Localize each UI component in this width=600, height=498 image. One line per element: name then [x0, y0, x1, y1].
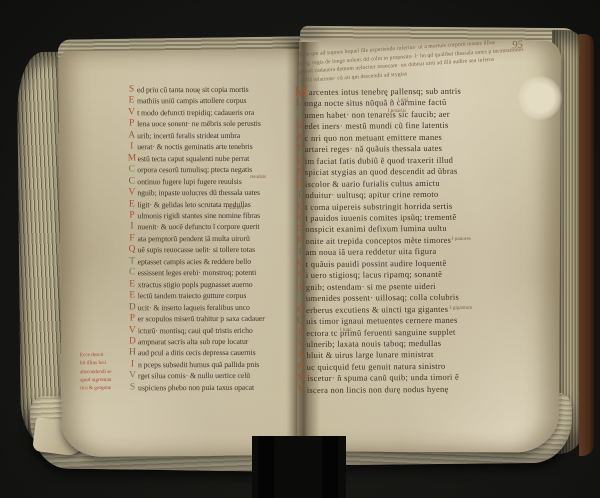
- verse-text: t modo defuncti trepidiq; cadaueris ora: [137, 107, 254, 119]
- versal-initial: F: [128, 233, 136, 244]
- verse-line: Iuerat· & noctis geminatis arte tenebris: [128, 141, 318, 153]
- interlinear-gloss: ł uulnere: [226, 205, 244, 211]
- verse-text: xtractus stigio popls pugnasset auerno: [138, 279, 253, 291]
- verse-text: ampnarat sacris alta sub rupe locatur: [138, 336, 248, 348]
- verse-text: estũ tecta caput squalenti nube perrat: [138, 153, 250, 165]
- versal-initial: A: [295, 167, 303, 179]
- verse-text: iscera non lincis non durę nodus hyenę: [307, 384, 449, 397]
- versal-initial: S: [296, 270, 304, 282]
- verse-line: Electũ tandem traiecto gutture corpus: [128, 290, 318, 302]
- versal-initial: C: [128, 176, 136, 187]
- verse-line: Mestũ tecta caput squalenti nube perrat: [128, 152, 318, 164]
- versal-initial: S: [127, 84, 135, 95]
- verse-line: Quẽ supis reuocasse uelit· si tollere to…: [128, 244, 318, 256]
- verse-line: Per scopulos miserũ trahitur p saxa cada…: [128, 313, 318, 325]
- verse-line: Emathiis uniũ campis attollere corpus: [128, 95, 318, 107]
- versal-initial: E: [296, 293, 304, 305]
- versal-initial: S: [295, 121, 303, 133]
- interlinear-gloss: reuulsis: [250, 174, 266, 180]
- versal-initial: H: [297, 362, 305, 374]
- verse-line: Extractus stigio popls pugnasset auerno: [128, 278, 318, 290]
- verse-line: Cessissent leges erebi· monstroq; potent…: [128, 267, 318, 279]
- verse-text: ed priu cũ tanta nouę sit copia mortis: [137, 84, 249, 96]
- verse-text: mathiis uniũ campis attollere corpus: [137, 95, 246, 107]
- left-page-text: Sed priu cũ tanta nouę sit copia mortisE…: [127, 84, 318, 394]
- versal-initial: P: [128, 119, 136, 130]
- folio-number: 95: [512, 39, 524, 52]
- versal-initial: A: [128, 130, 136, 141]
- versal-initial: I: [296, 282, 304, 294]
- versal-initial: Q: [297, 316, 305, 328]
- verse-line: Victurũ· montisq; caui quẽ tristis erich…: [128, 324, 318, 336]
- right-page-text: Marcentes intus tenebrę pallensq; sub an…: [295, 85, 554, 396]
- versal-initial: M: [128, 153, 136, 164]
- verse-line: Sed priu cũ tanta nouę sit copia mortis: [127, 84, 317, 96]
- versal-initial: I: [296, 190, 304, 202]
- interlinear-gloss: ł tenariis: [388, 108, 406, 114]
- verse-line: Inuenit· & uocẽ defuncto ĩ corpore queri…: [128, 221, 318, 233]
- verse-text: aud pcul a ditis cecis depressa cauernis: [138, 347, 256, 359]
- versal-initial: E: [128, 96, 136, 107]
- verse-text: nuenit· & uocẽ defuncto ĩ corpore querit: [137, 221, 259, 233]
- binding-edge: [579, 34, 594, 456]
- versal-initial: A: [295, 133, 303, 145]
- verse-line: Corpora cesorũ tumulisq; ptecta negatis: [128, 164, 318, 176]
- versal-initial: C: [128, 164, 136, 175]
- verse-text: icturũ· montisq; caui quẽ tristis ericho: [138, 324, 253, 336]
- versal-initial: V: [128, 187, 136, 198]
- versal-initial: V: [295, 156, 303, 168]
- verse-text: orpora cesorũ tumulisq; ptecta negatis: [137, 164, 252, 176]
- versal-initial: P: [297, 328, 305, 340]
- verse-text: ucit· & inserto laqueis feralibus unco: [138, 302, 250, 314]
- verse-line: Aurib; incertũ feralis strideat umbra: [128, 129, 318, 141]
- versal-initial: I: [128, 142, 136, 153]
- versal-initial: E: [296, 202, 304, 214]
- versal-initial: D: [128, 336, 136, 347]
- versal-initial: P: [128, 313, 136, 324]
- verse-line: Continuo fugere lupi fugere reuulsis: [128, 175, 318, 187]
- verse-line: Eligit· & gelidas leto scrutata medullas: [128, 198, 318, 210]
- verse-text: ata pemptorũ pendent iã multa uirorũ: [137, 233, 249, 245]
- verse-text: rget silua comis· & nullo uertice celũ: [138, 370, 250, 382]
- verse-line: Haud pcul a ditis cecis depressa cauerni…: [128, 347, 318, 359]
- verse-line: Dampnarat sacris alta sub rupe locatur: [128, 336, 318, 348]
- verse-line: Teptasset campis acies & reddere bello: [128, 255, 318, 267]
- verse-line: Pulmonis rigidi stantes sine nomine fibr…: [128, 210, 318, 222]
- verse-text: uspiciens phebo non puia taxus opacat: [138, 382, 254, 394]
- cradle-bar: [258, 436, 274, 498]
- versal-initial: P: [128, 210, 136, 221]
- interlinear-gloss: ł gigantum: [450, 305, 472, 311]
- rubric-marginal-note: Ecce describit illius lociabscondendi se…: [80, 351, 130, 393]
- verse-text: lena uoce sonent· ne mẽbris sole perusti…: [137, 118, 261, 130]
- versal-initial: T: [295, 144, 303, 156]
- manuscript-photo: Nota qm ad supnos loquel ille experiendo…: [0, 0, 600, 498]
- versal-initial: L: [295, 99, 303, 111]
- interlinear-gloss: ł tunc: [340, 327, 352, 333]
- versal-initial: C: [297, 305, 305, 317]
- versal-initial: C: [296, 224, 304, 236]
- verse-line: Vt modo defuncti trepidiq; cadaueris ora: [128, 107, 318, 119]
- verse-line: Viscera non lincis non durę nodus hyenę: [297, 383, 553, 397]
- versal-initial: V: [297, 339, 305, 351]
- verse-text: eptasset campis acies & reddere bello: [138, 256, 251, 268]
- verse-text: essissent leges erebi· monstroq; potenti: [138, 267, 257, 279]
- versal-initial: V: [297, 385, 305, 397]
- verse-text: ontinuo fugere lupi fugere reuulsis: [137, 176, 241, 188]
- verse-text: nguib; inpaste uolucres dũ thessala uate…: [137, 187, 260, 199]
- verse-line: Suspiciens phebo non puia taxus opacat: [129, 381, 319, 393]
- verse-line: Plena uoce sonent· ne mẽbris sole perust…: [128, 118, 318, 130]
- versal-initial: V: [128, 107, 136, 118]
- versal-initial: D: [128, 302, 136, 313]
- versal-initial: A: [297, 350, 305, 362]
- versal-initial: V: [296, 259, 304, 271]
- verse-text: uerat· & noctis geminatis arte tenebris: [137, 141, 252, 153]
- versal-initial: I: [128, 222, 136, 233]
- verse-line: Fata pemptorũ pendent iã multa uirorũ: [128, 233, 318, 245]
- verse-text: urib; incertũ feralis strideat umbra: [137, 130, 240, 142]
- versal-initial: I: [296, 247, 304, 259]
- verse-text: n pceps subsedit humus quã pallida pnis: [138, 359, 259, 371]
- versal-initial: Q: [128, 245, 136, 256]
- versal-initial: E: [128, 199, 136, 210]
- versal-initial: E: [128, 290, 136, 301]
- versal-initial: D: [295, 179, 303, 191]
- verse-text: er scopulos miserũ trahitur p saxa cadau…: [138, 313, 265, 325]
- verse-line: Vrget silua comis· & nullo uertice celũ: [128, 370, 318, 382]
- versal-initial: C: [128, 268, 136, 279]
- verse-line: In pceps subsedit humus quã pallida pnis: [128, 359, 318, 371]
- verse-text: ulmonis rigidi stantes sine nomine fibra…: [137, 210, 260, 222]
- versal-initial: L: [295, 110, 303, 122]
- versal-initial: E: [128, 279, 136, 290]
- verse-text: lectũ tandem traiecto gutture corpus: [138, 290, 247, 302]
- rubric-line: tica & gorgone: [80, 384, 130, 393]
- verse-line: Ducit· & inserto laqueis feralibus unco: [128, 301, 318, 313]
- versal-initial: V: [128, 325, 136, 336]
- interlinear-gloss: ł pauores: [452, 236, 471, 242]
- cradle-gap: [252, 436, 346, 498]
- verse-line: Vnguib; inpaste uolucres dũ thessala uat…: [128, 187, 318, 199]
- versal-initial: M: [295, 87, 308, 99]
- versal-initial: M: [297, 373, 306, 385]
- cradle-bar: [322, 436, 338, 498]
- verse-text: uẽ supis reuocasse uelit· si tollere tot…: [138, 244, 256, 256]
- versal-initial: V: [296, 213, 304, 225]
- interlinear-gloss: ł nisi: [398, 97, 408, 103]
- versal-initial: P: [296, 236, 304, 248]
- versal-initial: T: [128, 256, 136, 267]
